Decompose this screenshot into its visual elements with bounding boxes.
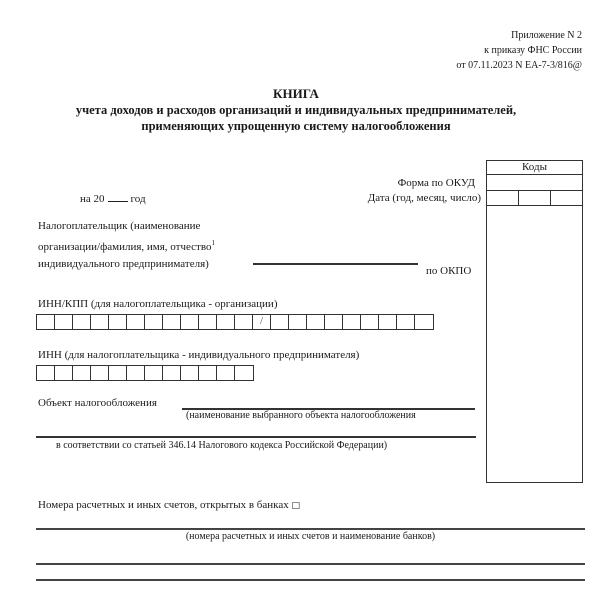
year-prefix: на 20 [80, 193, 105, 205]
inn-cell[interactable] [91, 315, 109, 329]
inn-cell[interactable] [109, 315, 127, 329]
inn-ip-cell[interactable] [145, 366, 163, 380]
inn-cell[interactable] [55, 315, 73, 329]
kpp-cell[interactable] [307, 315, 325, 329]
kpp-cell[interactable] [325, 315, 343, 329]
okpo-label: по ОКПО [426, 265, 471, 278]
inn-ip-cell[interactable] [55, 366, 73, 380]
inn-cell[interactable] [163, 315, 181, 329]
tax-object-hint: (наименование выбранного объекта налогоо… [186, 410, 416, 422]
kpp-cell[interactable] [415, 315, 433, 329]
appendix-line-3: от 07.11.2023 N ЕА-7-3/816@ [322, 58, 582, 73]
inn-ip-label: ИНН (для налогоплательщика - индивидуаль… [38, 349, 359, 362]
year-input[interactable] [108, 191, 128, 202]
accounts-input-line-2[interactable] [36, 563, 585, 565]
taxpayer-name-input[interactable] [253, 263, 418, 265]
kpp-cell[interactable] [343, 315, 361, 329]
title-subtitle-1: учета доходов и расходов организаций и и… [0, 102, 592, 118]
year-suffix: год [131, 193, 146, 205]
inn-ip-cell[interactable] [127, 366, 145, 380]
taxpayer-label-line-2: организации/фамилия, имя, отчество [38, 241, 211, 253]
inn-cell[interactable] [199, 315, 217, 329]
inn-ip-cells [36, 365, 254, 381]
date-label: Дата (год, месяц, число) [368, 192, 481, 205]
title-subtitle-2: применяющих упрощенную систему налогообл… [0, 118, 592, 134]
kpp-cell[interactable] [289, 315, 307, 329]
year-row: на 20год [80, 191, 146, 206]
inn-ip-cell[interactable] [109, 366, 127, 380]
inn-cell[interactable] [235, 315, 253, 329]
tax-object-input-line-2[interactable] [36, 436, 476, 438]
inn-cell[interactable] [181, 315, 199, 329]
appendix-header: Приложение N 2 к приказу ФНС России от 0… [322, 28, 582, 73]
inn-ip-cell[interactable] [181, 366, 199, 380]
inn-kpp-separator: / [253, 315, 271, 329]
inn-ip-cell[interactable] [73, 366, 91, 380]
okud-label: Форма по ОКУД [398, 177, 475, 190]
date-day-field[interactable] [551, 191, 582, 205]
inn-kpp-cells: / [36, 314, 434, 330]
inn-ip-cell[interactable] [199, 366, 217, 380]
title-main: КНИГА [0, 86, 592, 102]
kpp-cell[interactable] [379, 315, 397, 329]
accounts-input-line-3[interactable] [36, 579, 585, 581]
codes-table: Коды [486, 160, 583, 483]
taxpayer-label: Налогоплательщик (наименование организац… [38, 218, 215, 273]
inn-cell[interactable] [127, 315, 145, 329]
kpp-cell[interactable] [361, 315, 379, 329]
inn-ip-cell[interactable] [91, 366, 109, 380]
codes-header: Коды [487, 161, 582, 175]
tax-object-hint-2: в соответствии со статьей 346.14 Налогов… [56, 440, 387, 452]
footnote-mark: 1 [211, 239, 215, 247]
accounts-label-row: Номера расчетных и иных счетов, открытых… [38, 499, 300, 513]
inn-cell[interactable] [145, 315, 163, 329]
okud-code-field[interactable] [487, 175, 582, 191]
tax-object-label: Объект налогообложения [38, 397, 157, 410]
checkbox-glyph-icon: □ [291, 501, 300, 511]
inn-kpp-label: ИНН/КПП (для налогоплательщика - организ… [38, 298, 277, 311]
appendix-line-2: к приказу ФНС России [322, 43, 582, 58]
inn-ip-cell[interactable] [37, 366, 55, 380]
taxpayer-label-line-1: Налогоплательщик (наименование [38, 218, 215, 235]
date-code-row [487, 191, 582, 206]
inn-ip-cell[interactable] [217, 366, 235, 380]
okpo-code-field[interactable] [487, 206, 582, 266]
inn-ip-cell[interactable] [163, 366, 181, 380]
inn-cell[interactable] [37, 315, 55, 329]
kpp-cell[interactable] [397, 315, 415, 329]
taxpayer-label-line-3: индивидуального предпринимателя) [38, 256, 215, 273]
date-year-field[interactable] [487, 191, 519, 205]
inn-cell[interactable] [73, 315, 91, 329]
date-month-field[interactable] [519, 191, 551, 205]
inn-ip-cell[interactable] [235, 366, 253, 380]
inn-cell[interactable] [217, 315, 235, 329]
kpp-cell[interactable] [271, 315, 289, 329]
appendix-line-1: Приложение N 2 [322, 28, 582, 43]
accounts-input[interactable] [36, 528, 585, 530]
accounts-hint: (номера расчетных и иных счетов и наимен… [36, 531, 585, 543]
document-title: КНИГА учета доходов и расходов организац… [0, 86, 592, 134]
accounts-label: Номера расчетных и иных счетов, открытых… [38, 499, 289, 511]
